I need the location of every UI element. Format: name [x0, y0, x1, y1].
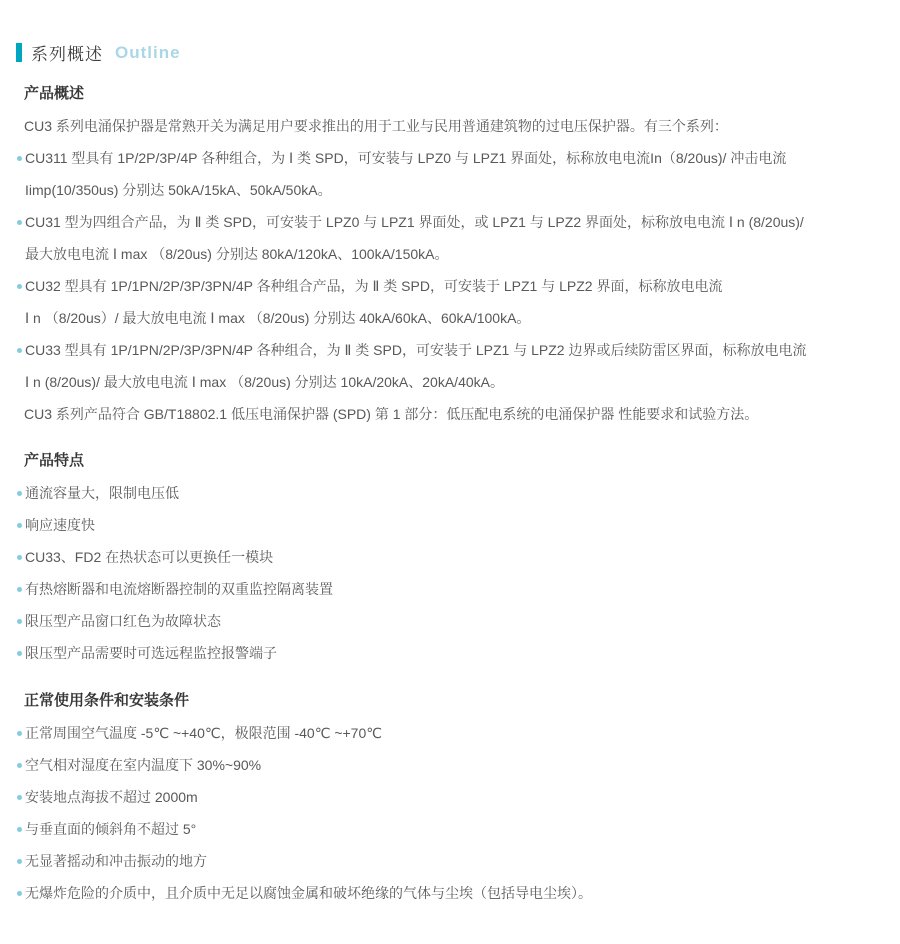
- bullet-icon: [17, 348, 22, 353]
- overview-heading: 产品概述: [16, 78, 892, 110]
- bullet-icon: [17, 587, 22, 592]
- list-item: CU33 型具有 1P/1PN/2P/3P/3PN/4P 各种组合，为 Ⅱ 类 …: [16, 334, 892, 366]
- bullet-icon: [17, 891, 22, 896]
- section-header: 系列概述 Outline: [16, 40, 181, 65]
- conditions-heading: 正常使用条件和安装条件: [16, 685, 892, 717]
- list-item-continuation: 最大放电电流 Ⅰ max （8/20us) 分别达 80kA/120kA、100…: [16, 238, 892, 270]
- page-subtitle: Outline: [115, 43, 181, 63]
- bullet-icon: [17, 284, 22, 289]
- document-content: 产品概述 CU3 系列电涌保护器是常熟开关为满足用户要求推出的用于工业与民用普通…: [16, 78, 892, 909]
- list-item-text: 无爆炸危险的介质中，且介质中无足以腐蚀金属和破坏绝缘的气体与尘埃（包括导电尘埃）…: [25, 877, 592, 909]
- list-item-text: 无显著摇动和冲击振动的地方: [25, 845, 207, 877]
- list-item: 限压型产品窗口红色为故障状态: [16, 605, 892, 637]
- list-item: 正常周围空气温度 -5℃ ~+40℃，极限范围 -40℃ ~+70℃: [16, 717, 892, 749]
- bullet-icon: [17, 731, 22, 736]
- list-item: 与垂直面的倾斜角不超过 5°: [16, 813, 892, 845]
- list-item: CU33、FD2 在热状态可以更换任一模块: [16, 541, 892, 573]
- list-item: CU31 型为四组合产品，为 Ⅱ 类 SPD，可安装于 LPZ0 与 LPZ1 …: [16, 206, 892, 238]
- list-item: 无显著摇动和冲击振动的地方: [16, 845, 892, 877]
- document-page: 系列概述 Outline 产品概述 CU3 系列电涌保护器是常熟开关为满足用户要…: [0, 0, 900, 944]
- list-item-text: CU31 型为四组合产品，为 Ⅱ 类 SPD，可安装于 LPZ0 与 LPZ1 …: [25, 206, 804, 238]
- bullet-icon: [17, 523, 22, 528]
- list-item: CU311 型具有 1P/2P/3P/4P 各种组合，为 Ⅰ 类 SPD，可安装…: [16, 142, 892, 174]
- list-item-continuation: Ⅰ n (8/20us)/ 最大放电电流 Ⅰ max （8/20us) 分别达 …: [16, 366, 892, 398]
- bullet-icon: [17, 827, 22, 832]
- list-item-text: CU33 型具有 1P/1PN/2P/3P/3PN/4P 各种组合，为 Ⅱ 类 …: [25, 334, 806, 366]
- bullet-icon: [17, 619, 22, 624]
- page-title: 系列概述: [31, 40, 103, 65]
- list-item-text: 限压型产品窗口红色为故障状态: [25, 605, 221, 637]
- bullet-icon: [17, 859, 22, 864]
- list-item-text: 限压型产品需要时可选远程监控报警端子: [25, 637, 277, 669]
- list-item-text: 响应速度快: [25, 509, 95, 541]
- list-item: CU32 型具有 1P/1PN/2P/3P/3PN/4P 各种组合产品，为 Ⅱ …: [16, 270, 892, 302]
- list-item-text: CU32 型具有 1P/1PN/2P/3P/3PN/4P 各种组合产品，为 Ⅱ …: [25, 270, 722, 302]
- bullet-icon: [17, 763, 22, 768]
- bullet-icon: [17, 220, 22, 225]
- list-item-text: 正常周围空气温度 -5℃ ~+40℃，极限范围 -40℃ ~+70℃: [25, 717, 382, 749]
- list-item-text: CU311 型具有 1P/2P/3P/4P 各种组合，为 Ⅰ 类 SPD，可安装…: [25, 142, 786, 174]
- list-item-continuation: Ⅰ n （8/20us）/ 最大放电电流 Ⅰ max （8/20us) 分别达 …: [16, 302, 892, 334]
- bullet-icon: [17, 651, 22, 656]
- list-item: 安装地点海拔不超过 2000m: [16, 781, 892, 813]
- bullet-icon: [17, 795, 22, 800]
- list-item-text: 通流容量大，限制电压低: [25, 477, 179, 509]
- list-item-text: 空气相对湿度在室内温度下 30%~90%: [25, 749, 261, 781]
- list-item: 空气相对湿度在室内温度下 30%~90%: [16, 749, 892, 781]
- list-item: 无爆炸危险的介质中，且介质中无足以腐蚀金属和破坏绝缘的气体与尘埃（包括导电尘埃）…: [16, 877, 892, 909]
- bullet-icon: [17, 555, 22, 560]
- overview-intro: CU3 系列电涌保护器是常熟开关为满足用户要求推出的用于工业与民用普通建筑物的过…: [16, 110, 892, 142]
- overview-footer: CU3 系列产品符合 GB/T18802.1 低压电涌保护器 (SPD) 第 1…: [16, 398, 892, 430]
- list-item: 有热熔断器和电流熔断器控制的双重监控隔离装置: [16, 573, 892, 605]
- list-item: 通流容量大，限制电压低: [16, 477, 892, 509]
- list-item: 限压型产品需要时可选远程监控报警端子: [16, 637, 892, 669]
- bullet-icon: [17, 156, 22, 161]
- list-item-continuation: Iimp(10/350us) 分别达 50kA/15kA、50kA/50kA。: [16, 174, 892, 206]
- list-item-text: 与垂直面的倾斜角不超过 5°: [25, 813, 196, 845]
- list-item-text: CU33、FD2 在热状态可以更换任一模块: [25, 541, 273, 573]
- accent-bar-icon: [16, 43, 22, 62]
- bullet-icon: [17, 491, 22, 496]
- list-item: 响应速度快: [16, 509, 892, 541]
- list-item-text: 安装地点海拔不超过 2000m: [25, 781, 198, 813]
- features-heading: 产品特点: [16, 445, 892, 477]
- list-item-text: 有热熔断器和电流熔断器控制的双重监控隔离装置: [25, 573, 333, 605]
